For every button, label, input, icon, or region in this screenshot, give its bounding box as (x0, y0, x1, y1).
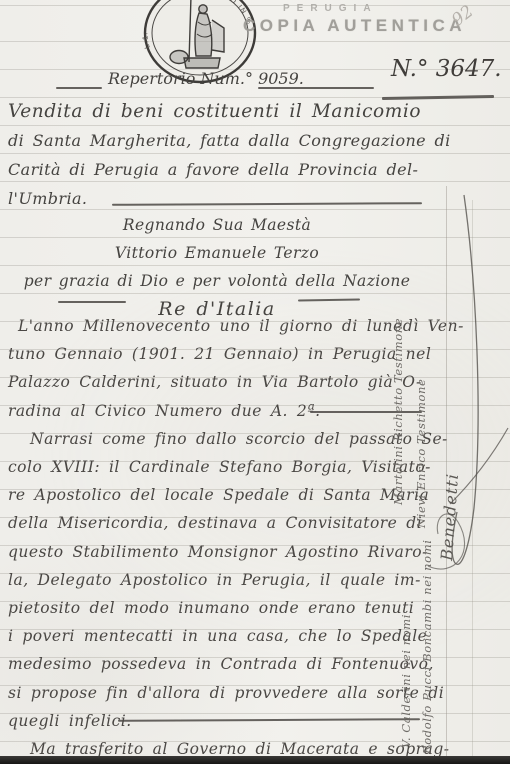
body-line: tuno Gennaio (1901. 21 Gennaio) in Perug… (8, 340, 434, 368)
deed-body: L'anno Millenovecento uno il giorno di l… (8, 312, 434, 763)
title-line: Vendita di beni costituenti il Manicomio (8, 97, 432, 126)
body-line: colo XVIII: il Cardinale Stefano Borgia,… (8, 453, 434, 481)
body-line: i poveri mentecatti in una casa, che lo … (8, 622, 434, 650)
title-paragraph: Vendita di beni costituenti il Manicomio… (8, 97, 432, 213)
body-line: re Apostolico del locale Spedale di Sant… (8, 481, 434, 509)
heading-line: Vittorio Emanuele Terzo (0, 239, 434, 267)
stamp-copia-autentica: COPIA AUTENTICA (243, 16, 466, 36)
body-line: questo Stabilimento Monsignor Agostino R… (8, 538, 434, 566)
body-line: pietosito del modo inumano onde erano te… (8, 594, 434, 622)
title-line: Carità di Perugia a favore della Provinc… (8, 155, 432, 184)
body-line: della Misericordia, destinava a Convisit… (8, 509, 434, 537)
scan-edge (0, 756, 510, 764)
pen-flourish-icon (380, 150, 510, 764)
body-line: si propose fin d'allora di provvedere al… (8, 679, 434, 707)
body-line: Narrasi come fino dallo scorcio del pass… (8, 425, 434, 453)
act-number: N.° 3647. (391, 56, 502, 82)
repertorio-dash-right (258, 87, 374, 89)
body-line: Palazzo Calderini, situato in Via Bartol… (8, 368, 434, 396)
document-page: L.1. MENTO IN % PERUGIA COPIA AUTENTICA … (0, 0, 510, 764)
stamp-perugia: PERUGIA (283, 3, 378, 14)
heading-dash-left (58, 301, 126, 303)
royal-heading: Regnando Sua Maestà Vittorio Emanuele Te… (0, 211, 434, 323)
heading-line: per grazia di Dio e per volontà della Na… (0, 267, 434, 295)
title-line: di Santa Margherita, fatta dalla Congreg… (8, 126, 432, 155)
body-line: medesimo possedeva in Contrada di Fonten… (8, 650, 434, 678)
body-line: L'anno Millenovecento uno il giorno di l… (8, 312, 434, 340)
repertorio-number: Repertorio Num.° 9059. (108, 69, 304, 88)
heading-line: Regnando Sua Maestà (0, 211, 434, 239)
body-line: la, Delegato Apostolico in Perugia, il q… (8, 566, 434, 594)
body-line: quegli infelici. (8, 707, 434, 735)
repertorio-dash-left (56, 87, 102, 89)
title-line: l'Umbria. (8, 184, 432, 213)
